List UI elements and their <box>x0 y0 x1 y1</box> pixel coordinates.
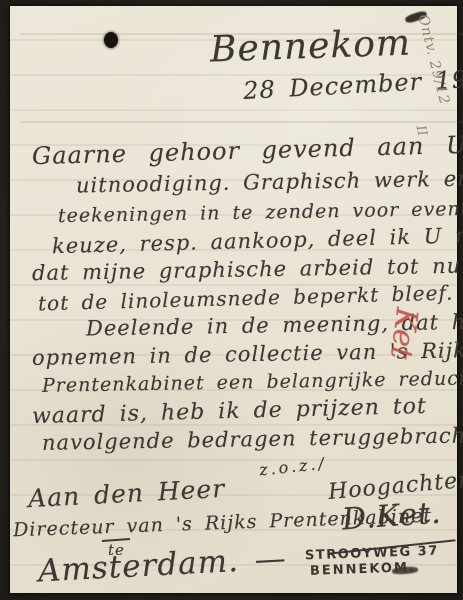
letter-photo: Ontv. 29/12 II Bennekom 28 December 1931… <box>0 0 463 600</box>
red-ket-annotation: Ket <box>383 306 424 361</box>
paper-crease <box>20 121 463 123</box>
punch-hole <box>104 32 118 48</box>
letter-place: Bennekom <box>209 23 411 71</box>
